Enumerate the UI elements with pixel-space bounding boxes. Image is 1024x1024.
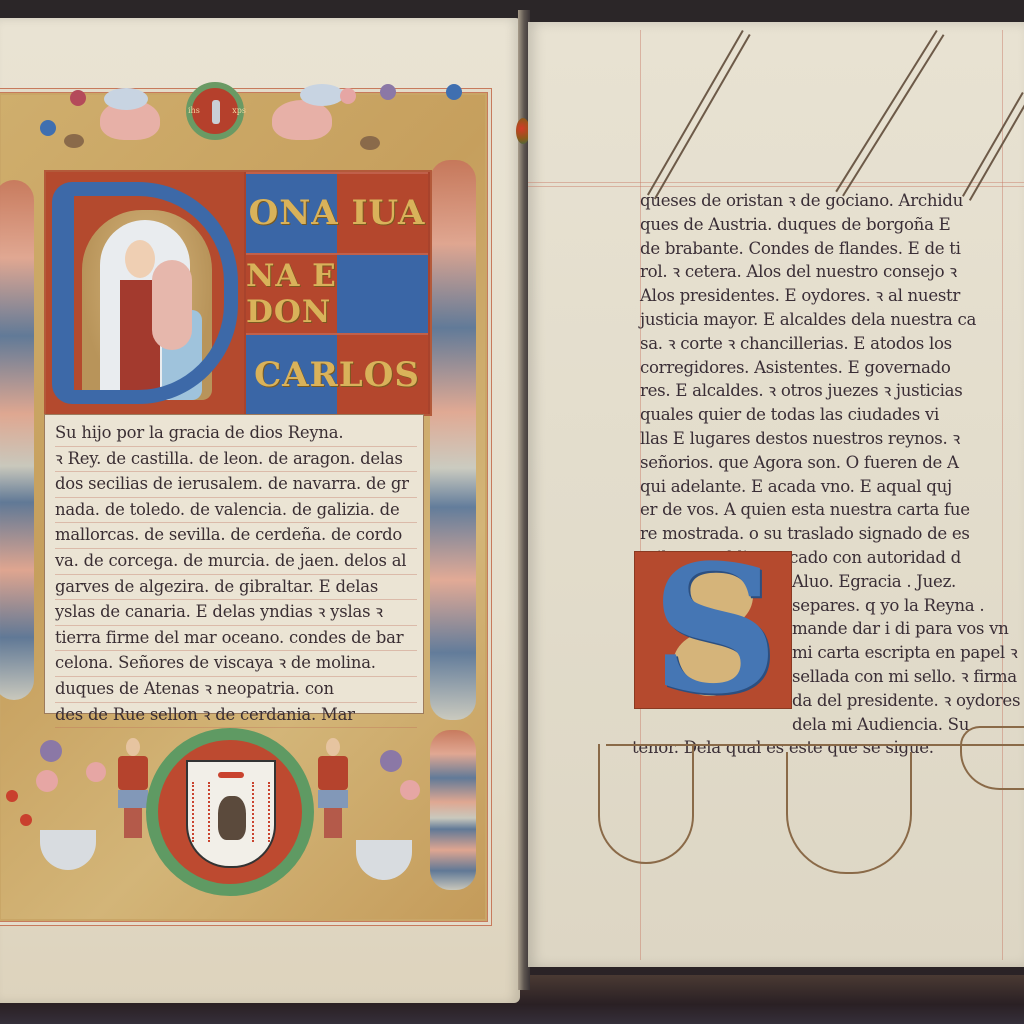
coat-of-arms-wreath (146, 728, 314, 896)
initial-letter-d (52, 182, 238, 404)
ruling-line (528, 186, 1024, 187)
text-line: queses de oristan ꝛ de gociano. Archidu (640, 189, 1005, 213)
text-line: tierra firme del mar oceano. condes de b… (55, 626, 417, 652)
title-capitals-line-1: ONA IUA (246, 172, 428, 253)
supporter-legs (124, 808, 142, 838)
violet-flower-icon (380, 750, 402, 772)
blue-flower-icon (40, 120, 56, 136)
text-line: justicia mayor. E alcaldes dela nuestra … (640, 308, 1005, 332)
tassel-icon (192, 782, 210, 842)
supporter-tunic (318, 756, 348, 790)
text-line: Alos presidentes. E oydores. ꝛ al nuestr (640, 284, 1005, 308)
left-border-foliage (0, 180, 34, 700)
rose-icon (400, 780, 420, 800)
text-line: nada. de toledo. de valencia. de galizia… (55, 498, 417, 524)
seal-cord-loop-left (598, 744, 694, 864)
tassel-icon (252, 782, 270, 842)
initial-letter-s-box: S (634, 551, 792, 709)
bird-icon (64, 134, 84, 148)
violet-flower-icon (40, 740, 62, 762)
title-illumination: ONA IUA NA E DON CARLOS (44, 170, 432, 416)
text-line: qui adelante. E acada vno. E aqual quj (640, 475, 1005, 499)
text-line: er de vos. A quien esta nuestra carta fu… (640, 498, 1005, 522)
rose-icon (86, 762, 106, 782)
right-border-vase (430, 730, 476, 890)
ihs-roundel: ihs xps (186, 82, 244, 140)
initial-letter-s: S (645, 552, 785, 708)
angel-wing-icon (104, 88, 148, 110)
text-line: señorios. que Agora son. O fueren de A (640, 451, 1005, 475)
text-line: quales quier de todas las ciudades vi (640, 403, 1005, 427)
roundel-inscription-left: ihs (188, 106, 200, 115)
title-capitals-line-3: CARLOS (246, 333, 428, 414)
text-line: res. E alcaldes. ꝛ otros juezes ꝛ justic… (640, 379, 1005, 403)
angel-right-figure (272, 100, 332, 140)
supporter-kilt (118, 790, 148, 808)
text-line: garves de algezira. de gibraltar. E dela… (55, 575, 417, 601)
right-border-candelabra (430, 160, 476, 720)
violet-flower-icon (380, 84, 396, 100)
text-line: celona. Señores de viscaya ꝛ de molina. (55, 651, 417, 677)
text-line: sa. ꝛ corte ꝛ chancillerias. E atodos lo… (640, 332, 1005, 356)
text-line: ꝛ Rey. de castilla. de leon. de aragon. … (55, 447, 417, 473)
berry-icon (6, 790, 18, 802)
supporter-head (326, 738, 340, 756)
rose-icon (36, 770, 58, 792)
title-capitals: ONA IUA NA E DON CARLOS (246, 172, 428, 414)
text-line: corregidores. Asistentes. E governado (640, 356, 1005, 380)
seal-cord-loop-right (786, 752, 912, 874)
angel-supporter-right (318, 738, 348, 838)
angel-supporter-left (118, 738, 148, 838)
text-line: ques de Austria. duques de borgoña E (640, 213, 1005, 237)
text-line: rol. ꝛ cetera. Alos del nuestro consejo … (640, 260, 1005, 284)
text-line: dos secilias de ierusalem. de navarra. d… (55, 472, 417, 498)
supporter-tunic (118, 756, 148, 790)
supporter-kilt (318, 790, 348, 808)
text-line: va. de corcega. de murcia. de jaen. delo… (55, 549, 417, 575)
title-capitals-line-2: NA E DON (246, 253, 428, 334)
rose-icon (340, 88, 356, 104)
berry-icon (20, 814, 32, 826)
text-line: Su hijo por la gracia de dios Reyna. (55, 421, 417, 447)
blue-flower-icon (446, 84, 462, 100)
text-line: duques de Atenas ꝛ neopatria. con (55, 677, 417, 703)
supporter-head (126, 738, 140, 756)
text-line: llas E lugares destos nuestros reynos. ꝛ (640, 427, 1005, 451)
red-flower-icon (70, 90, 86, 106)
rampant-lion-icon (218, 796, 246, 840)
ruling-line (528, 182, 1024, 183)
supporter-legs (324, 808, 342, 838)
heraldic-shield (186, 760, 276, 868)
text-line: mallorcas. de sevilla. de cerdeña. de co… (55, 523, 417, 549)
bird-icon (360, 136, 380, 150)
angel-wing-icon (300, 84, 344, 106)
roundel-inscription-right: xps (232, 106, 246, 115)
initial-letter-box (46, 172, 244, 414)
text-line: des de Rue sellon ꝛ de cerdania. Mar (55, 703, 417, 729)
text-line: de brabante. Condes de flandes. E de ti (640, 237, 1005, 261)
text-line: yslas de canaria. E delas yndias ꝛ yslas… (55, 600, 417, 626)
left-page-text-block: Su hijo por la gracia de dios Reyna. ꝛ R… (44, 414, 424, 714)
cardinal-hat-icon (218, 772, 244, 778)
